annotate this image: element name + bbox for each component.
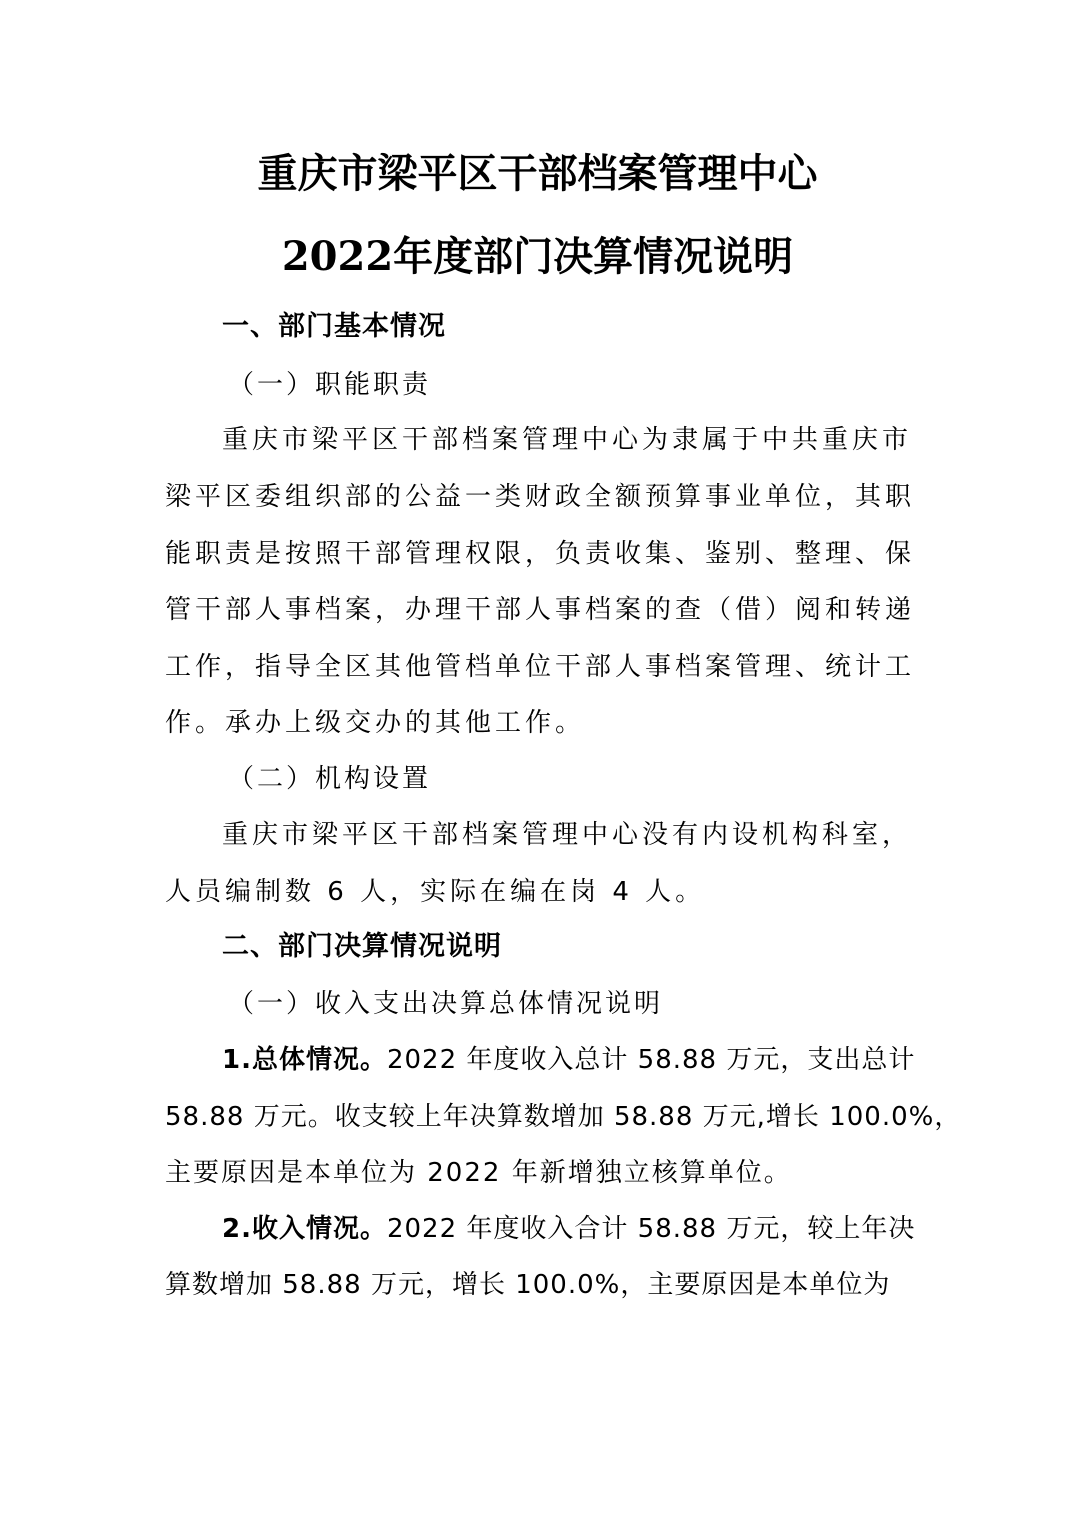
paragraph-line: 作。承办上级交办的其他工作。 [165, 706, 585, 740]
paragraph-line: 重庆市梁平区干部档案管理中心为隶属于中共重庆市 [222, 423, 912, 457]
item2-text: 2022 年度收入合计 58.88 万元，较上年决 [387, 1214, 915, 1244]
item1-line: 1.总体情况。2022 年度收入总计 58.88 万元，支出总计 [222, 1043, 915, 1077]
paragraph-line: 工作，指导全区其他管档单位干部人事档案管理、统计工 [165, 650, 915, 684]
paragraph-line: 管干部人事档案，办理干部人事档案的查（借）阅和转递 [165, 593, 915, 627]
section1-sub1-heading: （一）职能职责 [228, 368, 431, 402]
section2-sub1-heading: （一）收入支出决算总体情况说明 [228, 987, 663, 1021]
paragraph-line: 人员编制数 6 人，实际在编在岗 4 人。 [165, 875, 705, 909]
paragraph-line: 算数增加 58.88 万元，增长 100.0%，主要原因是本单位为 [165, 1268, 890, 1302]
paragraph-line: 重庆市梁平区干部档案管理中心没有内设机构科室， [222, 818, 912, 852]
paragraph-line: 能职责是按照干部管理权限，负责收集、鉴别、整理、保 [165, 537, 915, 571]
item1-text: 2022 年度收入总计 58.88 万元，支出总计 [387, 1045, 915, 1075]
paragraph-line: 主要原因是本单位为 2022 年新增独立核算单位。 [165, 1156, 792, 1190]
document-title-line2: 2022年度部门决算情况说明 [0, 233, 1075, 281]
section1-sub2-heading: （二）机构设置 [228, 762, 431, 796]
paragraph-line: 梁平区委组织部的公益一类财政全额预算事业单位，其职 [165, 480, 915, 514]
document-title-line1: 重庆市梁平区干部档案管理中心 [0, 150, 1075, 198]
section2-heading: 二、部门决算情况说明 [222, 930, 502, 964]
item1-label: 1.总体情况。 [222, 1045, 387, 1075]
section1-heading: 一、部门基本情况 [222, 310, 446, 344]
paragraph-line: 58.88 万元。收支较上年决算数增加 58.88 万元,增长 100.0%， [165, 1100, 961, 1134]
document-page: 重庆市梁平区干部档案管理中心 2022年度部门决算情况说明 一、部门基本情况 （… [0, 0, 1075, 1521]
item2-label: 2.收入情况。 [222, 1214, 387, 1244]
item2-line: 2.收入情况。2022 年度收入合计 58.88 万元，较上年决 [222, 1212, 915, 1246]
